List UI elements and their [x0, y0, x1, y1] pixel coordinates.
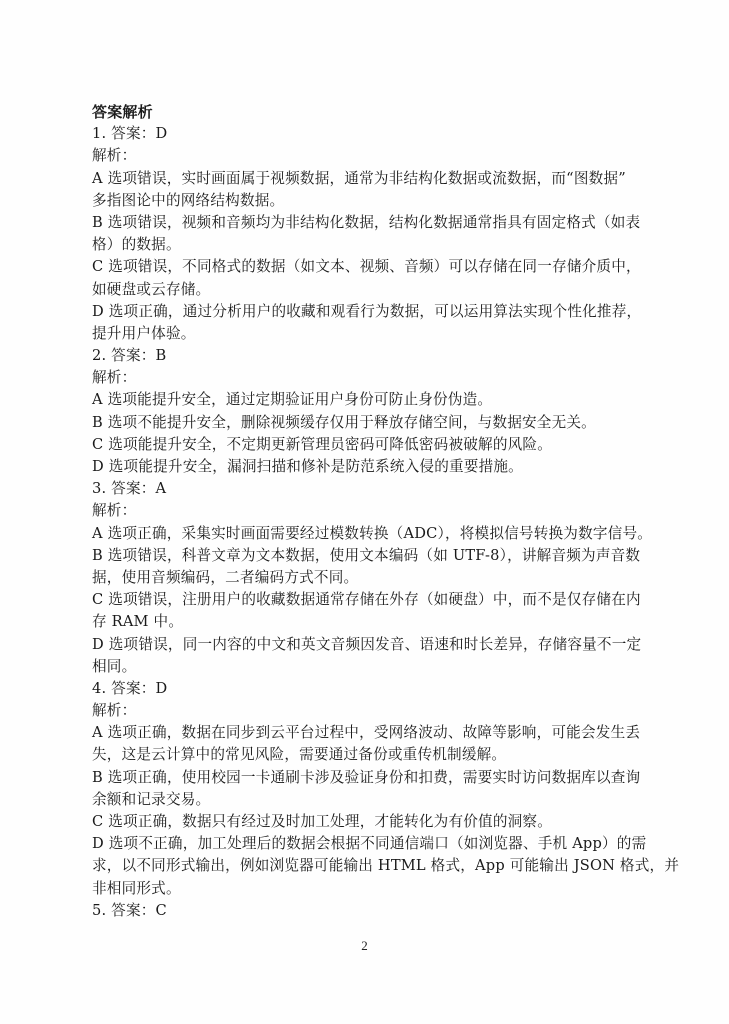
analysis-line: 据，使用音频编码，二者编码方式不同。 — [92, 567, 652, 589]
answer-line: 1. 答案：D — [92, 123, 652, 145]
answer-line: 4. 答案：D — [92, 678, 652, 700]
analysis-line: 提升用户体验。 — [92, 323, 652, 345]
analysis-line: 多指图论中的网络结构数据。 — [92, 190, 652, 212]
analysis-line: D 选项能提升安全，漏洞扫描和修补是防范系统入侵的重要措施。 — [92, 456, 652, 478]
analysis-line: A 选项能提升安全，通过定期验证用户身份可防止身份伪造。 — [92, 389, 652, 411]
analysis-label: 解析： — [92, 500, 652, 522]
analysis-label: 解析： — [92, 700, 652, 722]
analysis-line: D 选项不正确，加工处理后的数据会根据不同通信端口（如浏览器、手机 App）的需 — [92, 833, 652, 855]
answer-line: 2. 答案：B — [92, 345, 652, 367]
analysis-line: 存 RAM 中。 — [92, 611, 652, 633]
question-2: 2. 答案：B 解析： A 选项能提升安全，通过定期验证用户身份可防止身份伪造。… — [92, 345, 652, 478]
question-5: 5. 答案：C — [92, 900, 652, 922]
analysis-line: C 选项错误，注册用户的收藏数据通常存储在外存（如硬盘）中，而不是仅存储在内 — [92, 589, 652, 611]
page-number: 2 — [0, 938, 729, 954]
analysis-line: A 选项错误，实时画面属于视频数据，通常为非结构化数据或流数据，而“图数据” — [92, 168, 652, 190]
analysis-line: 如硬盘或云存储。 — [92, 279, 652, 301]
analysis-line: B 选项不能提升安全，删除视频缓存仅用于释放存储空间，与数据安全无关。 — [92, 412, 652, 434]
analysis-line: D 选项错误，同一内容的中文和英文音频因发音、语速和时长差异，存储容量不一定 — [92, 634, 652, 656]
question-3: 3. 答案：A 解析： A 选项正确，采集实时画面需要经过模数转换（ADC），将… — [92, 478, 652, 678]
analysis-line: C 选项正确，数据只有经过及时加工处理，才能转化为有价值的洞察。 — [92, 811, 652, 833]
answer-line: 3. 答案：A — [92, 478, 652, 500]
analysis-line: 非相同形式。 — [92, 878, 652, 900]
analysis-line: C 选项错误，不同格式的数据（如文本、视频、音频）可以存储在同一存储介质中， — [92, 256, 652, 278]
analysis-label: 解析： — [92, 145, 652, 167]
document-content: 答案解析 1. 答案：D 解析： A 选项错误，实时画面属于视频数据，通常为非结… — [92, 101, 652, 922]
analysis-line: 失，这是云计算中的常见风险，需要通过备份或重传机制缓解。 — [92, 744, 652, 766]
analysis-line: D 选项正确，通过分析用户的收藏和观看行为数据，可以运用算法实现个性化推荐， — [92, 301, 652, 323]
analysis-line: A 选项正确，采集实时画面需要经过模数转换（ADC），将模拟信号转换为数字信号。 — [92, 523, 652, 545]
analysis-line: B 选项错误，科普文章为文本数据，使用文本编码（如 UTF-8），讲解音频为声音… — [92, 545, 652, 567]
analysis-line: B 选项错误，视频和音频均为非结构化数据，结构化数据通常指具有固定格式（如表 — [92, 212, 652, 234]
question-1: 1. 答案：D 解析： A 选项错误，实时画面属于视频数据，通常为非结构化数据或… — [92, 123, 652, 345]
analysis-line: 求，以不同形式输出，例如浏览器可能输出 HTML 格式，App 可能输出 JSO… — [92, 855, 652, 877]
analysis-line: C 选项能提升安全，不定期更新管理员密码可降低密码被破解的风险。 — [92, 434, 652, 456]
analysis-line: A 选项正确，数据在同步到云平台过程中，受网络波动、故障等影响，可能会发生丢 — [92, 722, 652, 744]
analysis-line: B 选项正确，使用校园一卡通刷卡涉及验证身份和扣费，需要实时访问数据库以查询 — [92, 767, 652, 789]
document-title: 答案解析 — [92, 101, 652, 123]
analysis-line: 相同。 — [92, 656, 652, 678]
question-4: 4. 答案：D 解析： A 选项正确，数据在同步到云平台过程中，受网络波动、故障… — [92, 678, 652, 900]
document-page: 答案解析 1. 答案：D 解析： A 选项错误，实时画面属于视频数据，通常为非结… — [0, 0, 729, 1024]
analysis-line: 格）的数据。 — [92, 234, 652, 256]
analysis-line: 余额和记录交易。 — [92, 789, 652, 811]
answer-line: 5. 答案：C — [92, 900, 652, 922]
analysis-label: 解析： — [92, 367, 652, 389]
